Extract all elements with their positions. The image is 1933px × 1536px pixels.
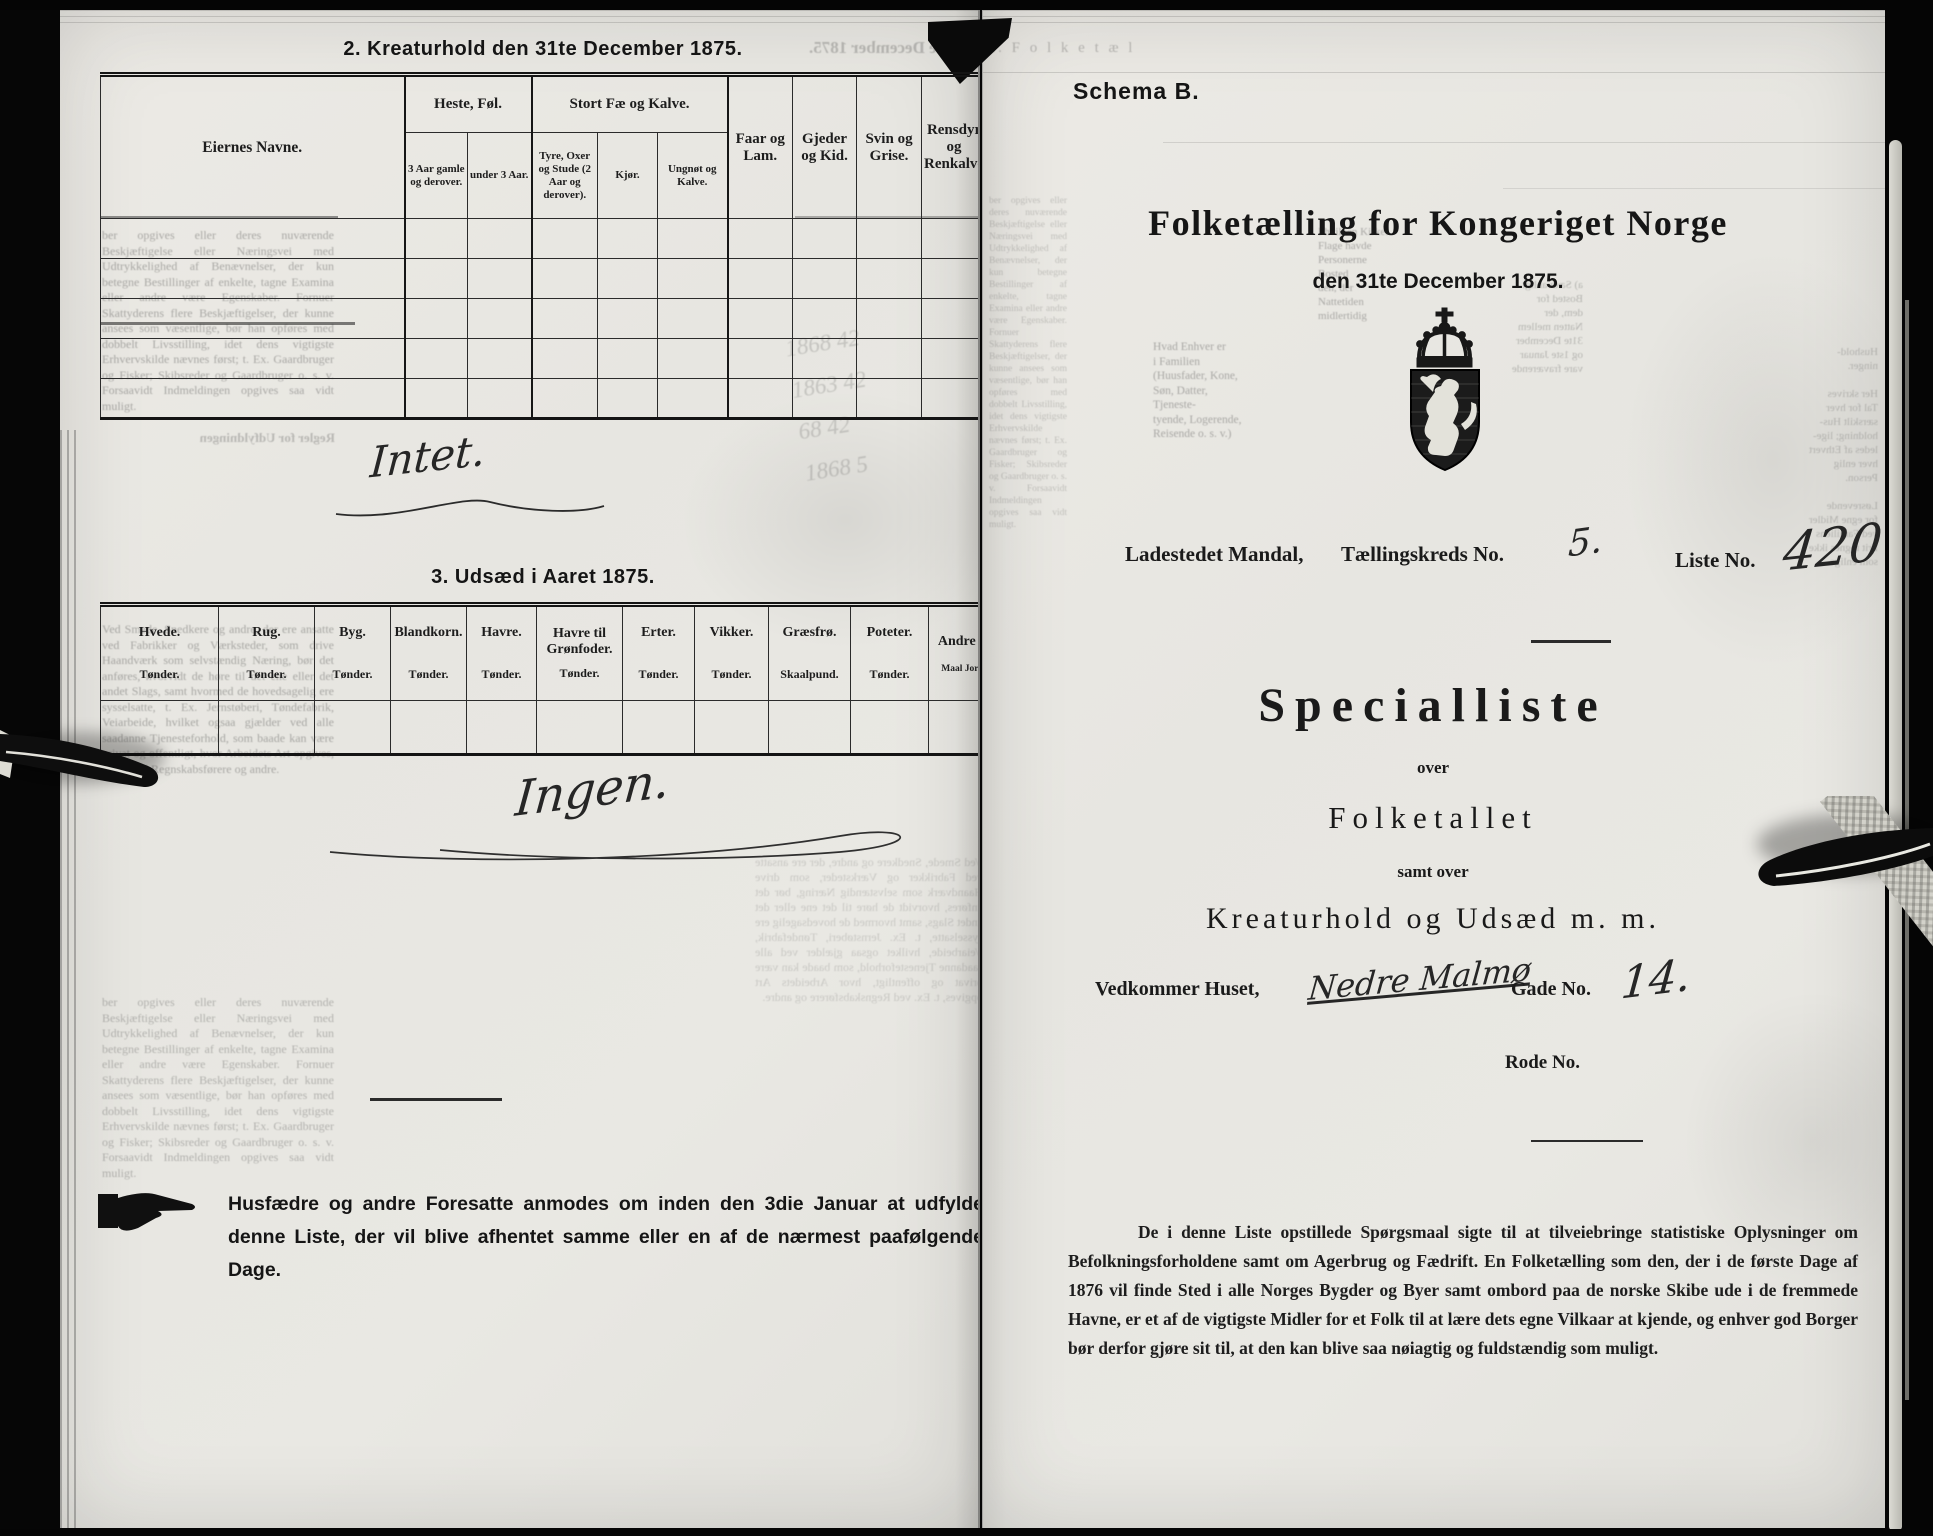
handwriting-flourish: [330, 488, 610, 524]
right-page-clip: [1742, 796, 1933, 954]
page-stack-edge: [60, 430, 80, 1528]
col-blandkorn: Blandkorn.Tønder.: [391, 605, 467, 701]
place-name: Ladestedet Mandal,: [1125, 542, 1304, 567]
footer-note: Husfædre og andre Foresatte anmodes om i…: [228, 1188, 980, 1287]
col-tyre-oxer: Tyre, Oxer og Stude (2 Aar og derover).: [532, 133, 598, 219]
col-havre: Havre.Tønder.: [467, 605, 537, 701]
table-row: [101, 701, 981, 755]
col-faar-lam: Faar og Lam.: [728, 75, 793, 219]
special-samt-over: samt over: [993, 862, 1873, 882]
left-page: ber opgives eller deres nuværende Beskjæ…: [60, 10, 980, 1528]
col-rug: Rug.Tønder.: [219, 605, 315, 701]
house-label: Vedkommer Huset,: [1095, 978, 1259, 1001]
paper-smudge: [1623, 250, 1885, 670]
col-eiernes-navne: Eiernes Navne.: [101, 75, 405, 219]
col-andre-rodfrugter: Andre Rodfrugter.Maal Jord dertil anvend…: [929, 605, 981, 701]
col-vikker: Vikker.Tønder.: [695, 605, 769, 701]
col-graesfroe: Græsfrø.Skaalpund.: [769, 605, 851, 701]
col-group-heste: Heste, Føl.: [405, 75, 532, 133]
special-folketallet: Folketallet: [993, 800, 1873, 836]
gade-value: 14.: [1619, 949, 1693, 1009]
col-heste-unge: under 3 Aar.: [468, 133, 532, 219]
ghost-column-text: a) Sædvanligt Bosted for dem, der Natten…: [1453, 278, 1583, 376]
col-byg: Byg.Tønder.: [315, 605, 391, 701]
udsaed-table-wrap: Hvede.Tønder. Rug.Tønder. Byg.Tønder. Bl…: [100, 602, 980, 756]
ghost-rule: [1503, 188, 1885, 189]
manicule-icon: [98, 1188, 198, 1236]
kreaturhold-table: Eiernes Navne. Heste, Føl. Stort Fæ og K…: [100, 72, 980, 420]
col-gjeder-kid: Gjeder og Kid.: [793, 75, 857, 219]
short-divider: [370, 1098, 502, 1101]
rode-label: Rode No.: [1505, 1052, 1580, 1074]
ghost-rules-heading: Regler for Udfyldningen: [115, 430, 335, 446]
gade-label: Gade No.: [1511, 978, 1591, 1001]
table-row: [101, 259, 981, 299]
col-svin-grise: Svin og Grise.: [857, 75, 922, 219]
backdrop-bottom: [0, 1529, 1933, 1536]
ghost-rule: [983, 72, 1885, 73]
ghost-margin-text: ber opgives eller deres nuværende Beskjæ…: [102, 995, 334, 1181]
col-group-stort-fae: Stort Fæ og Kalve.: [532, 75, 728, 133]
col-hvede: Hvede.Tønder.: [101, 605, 219, 701]
col-heste-gamle: 3 Aar gamle og derover.: [405, 133, 468, 219]
backdrop-top: [0, 0, 1933, 10]
scanned-census-book-spread: ber opgives eller deres nuværende Beskjæ…: [0, 0, 1933, 1536]
ghost-bleed-text: Ved Smede, Snedkere og andre, der ere an…: [755, 855, 980, 1005]
udsaed-table: Hvede.Tønder. Rug.Tønder. Byg.Tønder. Bl…: [100, 602, 980, 756]
left-page-clip: [0, 716, 190, 816]
ghost-family-block: Hvad Enhver er i Familien (Huusfader, Ko…: [1153, 340, 1303, 442]
short-divider: [1531, 640, 1611, 643]
col-kjoer: Kjør.: [598, 133, 658, 219]
col-havre-groenfoder: Havre til Grønfoder.Tønder.: [537, 605, 623, 701]
col-ungnoet: Ungnøt og Kalve.: [658, 133, 728, 219]
census-district-value: 5.: [1567, 519, 1602, 565]
short-divider: [1531, 1140, 1643, 1142]
special-over: over: [993, 758, 1873, 778]
ghost-rule: [1163, 142, 1885, 143]
table-row: [101, 299, 981, 339]
right-page: l. F o l k e t æ l I hvilken Kirke. Flag…: [982, 10, 1885, 1528]
ghost-column-text: I hvilken Kirke. Flage havde Personerne …: [1318, 225, 1453, 323]
handwritten-entry-kreaturhold: Intet.: [369, 426, 487, 488]
schema-label: Schema B.: [1073, 78, 1200, 105]
col-erter: Erter.Tønder.: [623, 605, 695, 701]
house-street-value: Nedre Malmø: [1307, 950, 1533, 1008]
table-row: [101, 379, 981, 419]
handwriting-flourish: [320, 800, 960, 870]
census-district-label: Tællingskreds No.: [1341, 542, 1504, 567]
kreaturhold-table-wrap: Eiernes Navne. Heste, Føl. Stort Fæ og K…: [100, 72, 980, 420]
special-kreaturhold-line: Kreaturhold og Udsæd m. m.: [993, 902, 1873, 936]
special-list-title: Specialliste: [993, 678, 1873, 733]
col-rensdyr: Rensdyr og Renkalve.: [922, 75, 980, 219]
col-poteter: Poteter.Tønder.: [851, 605, 929, 701]
ghost-corner-fragment: l. F o l k e t æ l: [991, 40, 1211, 57]
table-row: [101, 219, 981, 259]
table-row: [101, 339, 981, 379]
